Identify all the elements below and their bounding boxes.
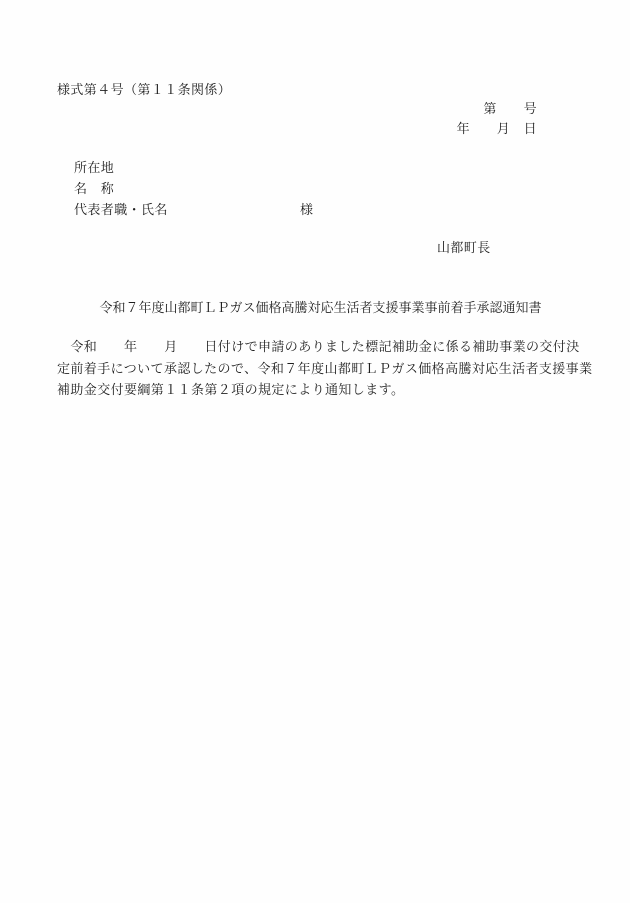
- date-line: 年 月 日: [457, 122, 537, 137]
- body-line: 定前着手について承認したので、令和７年度山都町ＬＰガス価格高騰対応生活者支援事業: [57, 358, 587, 380]
- document-body: 令和 年 月 日付けで申請のありました標記補助金に係る補助事業の交付決 定前着手…: [57, 336, 587, 401]
- body-line: 補助金交付要綱第１１条第２項の規定により通知します。: [57, 379, 587, 401]
- sender-name: 山都町長: [437, 241, 491, 256]
- recipient-representative-label: 代表者職・氏名: [74, 203, 168, 218]
- recipient-name-label: 名 称: [74, 182, 114, 197]
- document-title: 令和７年度山都町ＬＰガス価格高騰対応生活者支援事業事前着手承認通知書: [57, 301, 584, 316]
- document-page: 様式第４号（第１１条関係） 第 号 年 月 日 所在地 名 称 代表者職・氏名 …: [0, 0, 630, 903]
- body-line: 令和 年 月 日付けで申請のありました標記補助金に係る補助事業の交付決: [57, 336, 587, 358]
- recipient-address-label: 所在地: [74, 161, 114, 176]
- recipient-honorific: 様: [300, 203, 313, 218]
- form-number: 様式第４号（第１１条関係）: [57, 83, 231, 98]
- reference-number-line: 第 号: [483, 102, 537, 117]
